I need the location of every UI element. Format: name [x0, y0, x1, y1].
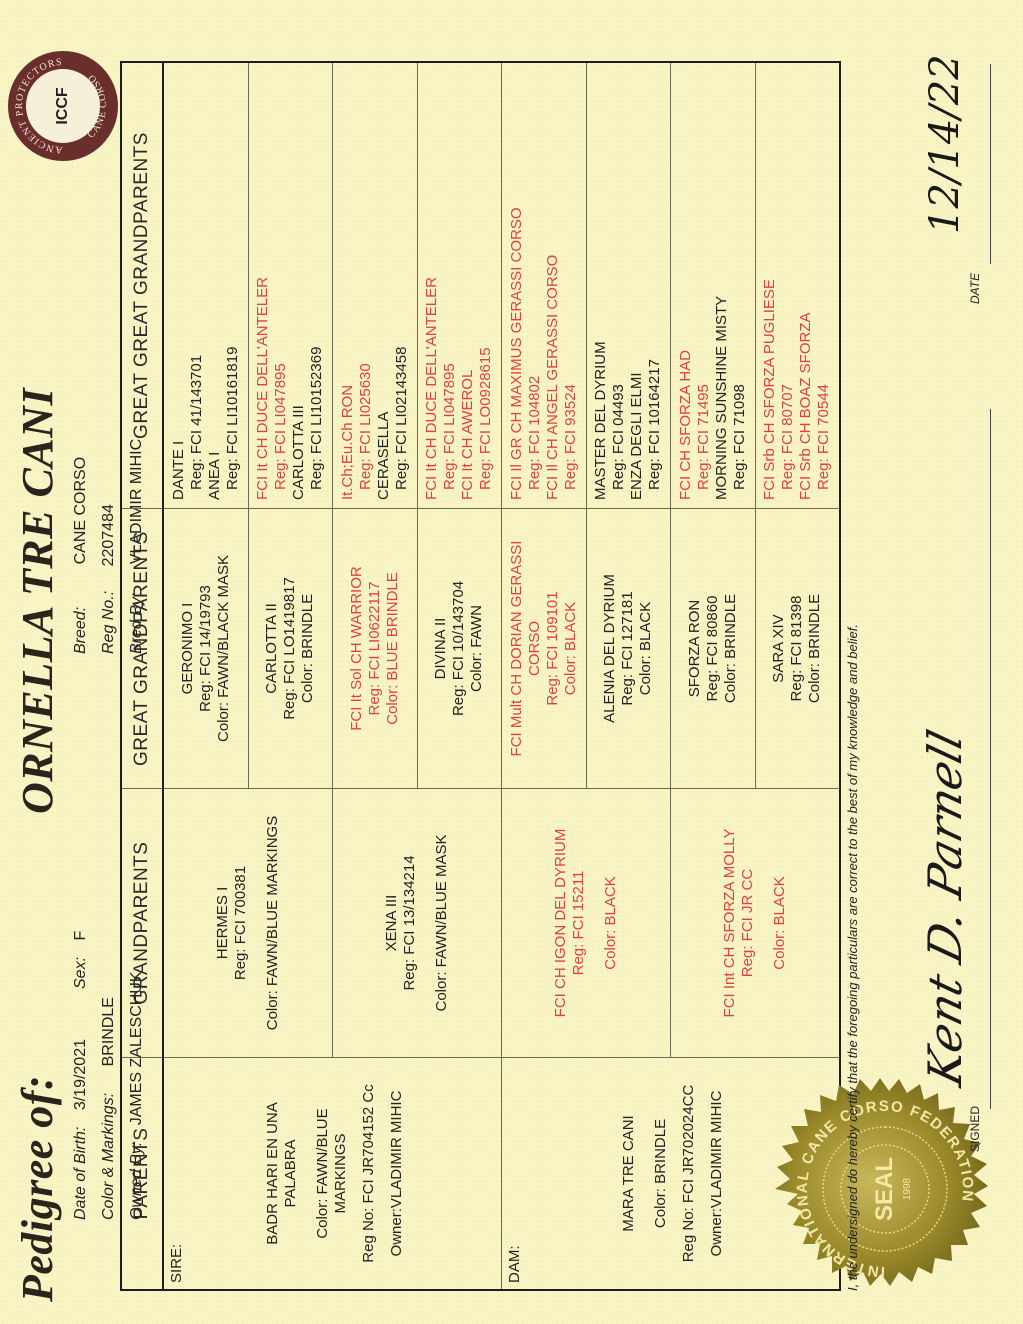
gggp-name: FCI CH SFORZA HAD	[677, 350, 695, 500]
sire-cell: SIRE: BADR HARI EN UNA PALABRA Color: FA…	[164, 1058, 502, 1289]
reg-no-value: 2207484	[100, 504, 117, 566]
gggp-pair-cell: FCI It CH DUCE DELL'ANTELER Reg: FCI LI0…	[249, 63, 334, 508]
signature: Kent D. Parnell	[918, 725, 972, 1092]
pedigree-label: Pedigree of:	[12, 1075, 63, 1302]
gggp-reg: Reg: FCI LI047895	[441, 363, 459, 500]
grandparent-cell: HERMES I Reg: FCI 700381 Color: FAWN/BLU…	[164, 789, 333, 1057]
grandparent-name: FCI Int CH SFORZA MOLLY	[721, 829, 739, 1018]
great-grandparent-cell: GERONIMO I Reg: FCI 14/19793 Color: FAWN…	[164, 509, 249, 788]
great-grandparent-cell: CARLOTTA II Reg: FCI LO1419817 Color: BR…	[249, 509, 334, 788]
sire-label: SIRE:	[168, 1244, 186, 1283]
dam-label: DAM:	[506, 1246, 524, 1284]
gggp-reg: Reg: FCI 41/143701	[188, 355, 206, 500]
date-of-birth-field: Date of Birth: 3/19/2021	[72, 1039, 90, 1220]
pedigree-certificate: Pedigree of: ORNELLA TRE CANI Date of Bi…	[0, 0, 1023, 1324]
grandparent-name: HERMES I	[214, 887, 232, 960]
gggp-name: FCI Il GR CH MAXIMUS GERASSI CORSO	[508, 207, 526, 500]
grandparent-cell: FCI CH IGON DEL DYRIUM Reg: FCI 15211 Co…	[502, 789, 671, 1057]
reg-no-field: Reg No.: 2207484	[100, 504, 118, 654]
breed-label: Breed:	[72, 607, 89, 654]
gggp-reg: Reg: FCI 71495	[695, 384, 713, 500]
grandparent-reg: Reg: FCI 700381	[232, 866, 250, 980]
great-grandparent-cell: ALENIA DEL DYRIUM Reg: FCI 127181 Color:…	[587, 509, 672, 788]
sex-value: F	[72, 931, 89, 941]
great-grandparents-column: GERONIMO I Reg: FCI 14/19793 Color: FAWN…	[164, 508, 839, 788]
gggp-name: FCI It CH DUCE DELL'ANTELER	[423, 277, 441, 500]
svg-text:1998: 1998	[902, 1177, 913, 1200]
ggp-color: Color: BLACK	[562, 602, 580, 695]
gggp-name: FCI Il CH ANGEL GERASSI CORSO	[544, 255, 562, 500]
reg-no-label: Reg No.:	[100, 591, 117, 654]
dam-owner: Owner:VLADIMIR MIHIC	[708, 1091, 726, 1257]
ggp-reg: Reg: FCI 10/143704	[450, 581, 468, 716]
gggp-reg: Reg: FCI 10164217	[646, 359, 664, 500]
certification-text: I, the undersigned do hereby certify tha…	[845, 624, 860, 1291]
signature-line	[990, 409, 991, 1109]
gggp-reg: Reg: FCI 104802	[526, 376, 544, 500]
pedigree-table: PARENTS GRANDPARENTS GREAT GRANDPARENTS …	[120, 61, 841, 1291]
date-label: DATE	[968, 273, 982, 304]
color-markings-value: BRINDLE	[100, 997, 117, 1066]
color-markings-field: Color & Markings: BRINDLE	[100, 997, 118, 1220]
gggp-reg: Reg: FCI LI10152369	[308, 347, 326, 500]
table-header-row: PARENTS GRANDPARENTS GREAT GRANDPARENTS …	[122, 63, 164, 1289]
header-grandparents: GRANDPARENTS	[122, 788, 162, 1057]
date-of-birth-label: Date of Birth:	[72, 1127, 89, 1220]
signed-label: SIGNED	[968, 1106, 982, 1152]
gggp-name: MASTER DEL DYRIUM	[592, 341, 610, 500]
gggp-name: FCI Srb CH SFORZA PUGLIESE	[761, 279, 779, 500]
great-grandparent-cell: DIVINA II Reg: FCI 10/143704 Color: FAWN	[418, 509, 503, 788]
ggp-color: Color: FAWN/BLACK MASK	[215, 555, 233, 742]
dog-name-title: ORNELLA TRE CANI	[12, 388, 63, 814]
gggp-name: ENZA DEGLI ELMI	[628, 372, 646, 500]
date-line	[990, 64, 991, 264]
gggp-name: ANEA I	[206, 452, 224, 500]
parents-column: SIRE: BADR HARI EN UNA PALABRA Color: FA…	[164, 1057, 839, 1289]
sex-label: Sex:	[72, 957, 89, 989]
gggp-name: CARLOTTA III	[290, 405, 308, 500]
ggp-color: Color: FAWN	[468, 605, 486, 692]
ggp-color: Color: BLACK	[637, 602, 655, 695]
great-grandparent-cell: SFORZA RON Reg: FCI 80860 Color: BRINDLE	[671, 509, 756, 788]
gggp-pair-cell: FCI It CH DUCE DELL'ANTELER Reg: FCI LI0…	[418, 63, 503, 508]
header-great-grandparents: GREAT GRANDPARENTS	[122, 508, 162, 788]
gggp-pair-cell: FCI CH SFORZA HAD Reg: FCI 71495 MORNING…	[671, 63, 756, 508]
gggp-name: FCI Srb CH BOAZ SFORZA	[797, 312, 815, 500]
gggp-name: DANTE I	[170, 441, 188, 500]
ggp-name: SFORZA RON	[686, 600, 704, 698]
ggp-reg: Reg: FCI LO1419817	[281, 577, 299, 720]
svg-text:ANCIENT PROTECTORS: ANCIENT PROTECTORS	[14, 57, 63, 155]
ggp-reg: Reg: FCI 109101	[544, 591, 562, 705]
grandparent-color: Color: FAWN/BLUE MASK	[433, 835, 451, 1012]
gggp-pair-cell: MASTER DEL DYRIUM Reg: FCI 04493 ENZA DE…	[587, 63, 672, 508]
svg-text:CANE CORSO: CANE CORSO	[86, 71, 109, 140]
logo-ring-icon: ANCIENT PROTECTORS CANE CORSO	[8, 51, 118, 161]
sire-name: BADR HARI EN UNA PALABRA	[264, 1099, 300, 1249]
gggp-name: CERASELLA	[375, 412, 393, 500]
ggp-color: Color: BRINDLE	[722, 594, 740, 703]
gggp-reg: Reg: FCI LI047895	[272, 363, 290, 500]
grandparent-cell: FCI Int CH SFORZA MOLLY Reg: FCI JR CC C…	[671, 789, 839, 1057]
gggp-pair-cell: FCI Srb CH SFORZA PUGLIESE Reg: FCI 8070…	[756, 63, 840, 508]
great-great-grandparents-column: DANTE I Reg: FCI 41/143701 ANEA I Reg: F…	[164, 63, 839, 508]
breed-value: CANE CORSO	[72, 457, 89, 565]
gggp-reg: Reg: FCI LI10161819	[224, 347, 242, 500]
ggp-name: SARA XIV	[770, 614, 788, 682]
ggp-reg: Reg: FCI 14/19793	[197, 585, 215, 712]
gggp-reg: Reg: FCI 93524	[562, 384, 580, 500]
ggp-name: GERONIMO I	[179, 603, 197, 695]
ancient-protectors-logo: ANCIENT PROTECTORS CANE CORSO ICCF	[8, 51, 118, 161]
gggp-name: FCI It CH DUCE DELL'ANTELER	[254, 277, 272, 500]
great-grandparent-cell: FCI Mult CH DORIAN GERASSI CORSO Reg: FC…	[502, 509, 587, 788]
grandparent-cell: XENA III Reg: FCI 13/134214 Color: FAWN/…	[333, 789, 502, 1057]
signed-date: 12/14/22	[922, 54, 968, 234]
grandparent-reg: Reg: FCI 13/134214	[401, 855, 419, 990]
ggp-reg: Reg: FCI LI0622117	[366, 582, 384, 716]
dam-name: MARA TRE CANI	[620, 1115, 638, 1231]
gggp-reg: Reg: FCI 80707	[779, 384, 797, 500]
gggp-name: FCI It CH AWEROL	[459, 370, 477, 500]
date-of-birth-value: 3/19/2021	[72, 1039, 89, 1110]
gggp-name: MORNING SUNSHINE MISTY	[713, 296, 731, 500]
gggp-reg: Reg: FCI LO0928615	[477, 347, 495, 500]
svg-text:SEAL: SEAL	[871, 1157, 898, 1221]
dam-reg: Reg No: FCI JR702024CC	[680, 1085, 698, 1263]
gggp-reg: Reg: FCI 04493	[610, 384, 628, 500]
color-markings-label: Color & Markings:	[100, 1093, 117, 1220]
grandparent-color: Color: FAWN/BLUE MARKINGS	[264, 816, 282, 1030]
ggp-name: DIVINA II	[432, 618, 450, 680]
grandparent-color: Color: BLACK	[771, 876, 789, 969]
gggp-pair-cell: DANTE I Reg: FCI 41/143701 ANEA I Reg: F…	[164, 63, 249, 508]
grandparent-name: XENA III	[383, 895, 401, 952]
ggp-reg: Reg: FCI 127181	[619, 591, 637, 705]
grandparent-color: Color: BLACK	[602, 876, 620, 969]
ggp-reg: Reg: FCI 81398	[788, 596, 806, 702]
grandparents-column: HERMES I Reg: FCI 700381 Color: FAWN/BLU…	[164, 788, 839, 1057]
header-great-great-grandparents: GREAT GREAT GRANDPARENTS	[122, 63, 162, 508]
gggp-name: It.Ch;Eu.Ch RON	[339, 385, 357, 500]
ggp-color: Color: BRINDLE	[299, 594, 317, 703]
sire-reg: Reg No: FCI JR704152 Cc	[360, 1084, 378, 1262]
ggp-name: FCI It Sol CH WARRIOR	[348, 566, 366, 730]
header-parents: PARENTS	[122, 1057, 162, 1289]
grandparent-name: FCI CH IGON DEL DYRIUM	[552, 829, 570, 1018]
ggp-name: FCI Mult CH DORIAN GERASSI CORSO	[508, 515, 544, 782]
dam-color: Color: BRINDLE	[652, 1119, 670, 1228]
ggp-name: ALENIA DEL DYRIUM	[601, 574, 619, 723]
breed-field: Breed: CANE CORSO	[72, 457, 90, 654]
gggp-pair-cell: It.Ch;Eu.Ch RON Reg: FCI LI025630 CERASE…	[333, 63, 418, 508]
federation-seal-icon: INTERNATIONAL CANE CORSO FEDERATION SEAL…	[770, 1074, 1000, 1304]
sex-field: Sex: F	[72, 931, 90, 989]
gggp-reg: Reg: FCI LI02143458	[393, 347, 411, 500]
ggp-color: Color: BRINDLE	[806, 594, 824, 703]
ggp-color: Color: BLUE BRINDLE	[384, 572, 402, 725]
ggp-reg: Reg: FCI 80860	[704, 596, 722, 702]
gggp-reg: Reg: FCI 70544	[815, 384, 833, 500]
gggp-reg: Reg: FCI LI025630	[357, 363, 375, 500]
sire-owner: Owner:VLADIMIR MIHIC	[388, 1091, 406, 1257]
grandparent-reg: Reg: FCI JR CC	[739, 869, 757, 977]
ggp-name: CARLOTTA II	[263, 603, 281, 694]
great-grandparent-cell: FCI It Sol CH WARRIOR Reg: FCI LI0622117…	[333, 509, 418, 788]
great-grandparent-cell: SARA XIV Reg: FCI 81398 Color: BRINDLE	[756, 509, 840, 788]
gggp-reg: Reg: FCI 71098	[731, 384, 749, 500]
sire-color: Color: FAWN/BLUE MARKINGS	[314, 1099, 350, 1249]
gggp-pair-cell: FCI Il GR CH MAXIMUS GERASSI CORSO Reg: …	[502, 63, 587, 508]
grandparent-reg: Reg: FCI 15211	[570, 871, 588, 976]
